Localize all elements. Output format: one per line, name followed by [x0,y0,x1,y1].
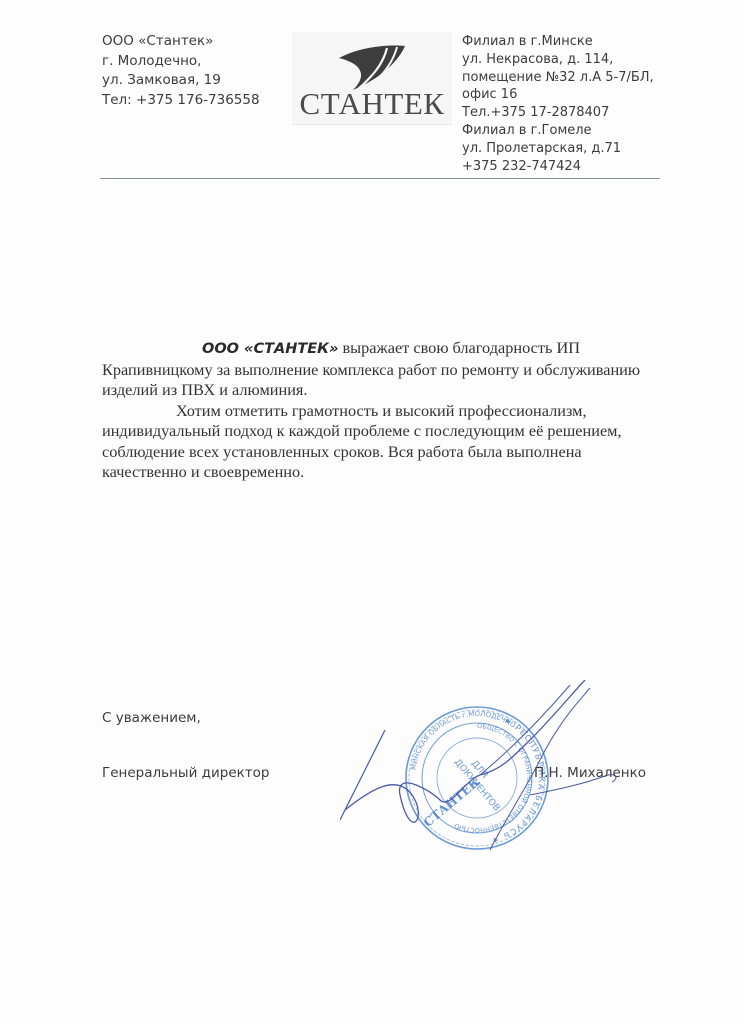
closing-regards: С уважением, [102,710,201,726]
letter-body: ООО «СТАНТЕК» выражает свою благодарност… [102,338,672,483]
branches-block: Филиал в г.Минске ул. Некрасова, д. 114,… [462,33,654,175]
company-address-block: ООО «Стантек» г. Молодечно, ул. Замковая… [102,32,260,110]
gratitude-paragraph: ООО «СТАНТЕК» выражает свою благодарност… [102,338,672,401]
minsk-branch-street: ул. Некрасова, д. 114, [462,51,654,69]
company-logo: СТАНТЕК [292,32,452,125]
brand-name: ООО «СТАНТЕК» [202,341,338,357]
company-street: ул. Замковая, 19 [102,71,260,91]
gomel-branch-phone: +375 232-747424 [462,158,654,176]
minsk-branch-phone: Тел.+375 17-2878407 [462,104,654,122]
company-name: ООО «Стантек» [102,32,260,52]
gratitude-line-3: изделий из ПВХ и алюминия. [102,380,672,401]
gratitude-line-1: выражает свою благодарность ИП [338,338,580,357]
praise-line-4: качественно и своевременно. [102,462,672,483]
logo-wordmark: СТАНТЕК [292,86,452,122]
praise-line-2: индивидуальный подход к каждой проблеме … [102,421,672,442]
signer-position: Генеральный директор [102,765,269,781]
company-phone: Тел: +375 176-736558 [102,91,260,111]
letter-page: ООО «Стантек» г. Молодечно, ул. Замковая… [0,0,744,1024]
logo-swoosh-icon [337,44,407,92]
minsk-branch-room: помещение №32 л.А 5-7/БЛ, [462,69,654,87]
praise-line-1: Хотим отметить грамотность и высокий про… [102,401,672,422]
company-city: г. Молодечно, [102,52,260,72]
praise-paragraph: Хотим отметить грамотность и высокий про… [102,401,672,483]
gomel-branch-street: ул. Пролетарская, д.71 [462,140,654,158]
praise-line-3: соблюдение всех установленных сроков. Вс… [102,442,672,463]
gratitude-line-2: Крапивницкому за выполнение комплекса ра… [102,360,672,381]
header-divider [100,178,660,179]
minsk-branch-title: Филиал в г.Минске [462,33,654,51]
signer-name: П.Н. Михаленко [534,765,646,781]
gomel-branch-title: Филиал в г.Гомеле [462,122,654,140]
minsk-branch-office: офис 16 [462,86,654,104]
